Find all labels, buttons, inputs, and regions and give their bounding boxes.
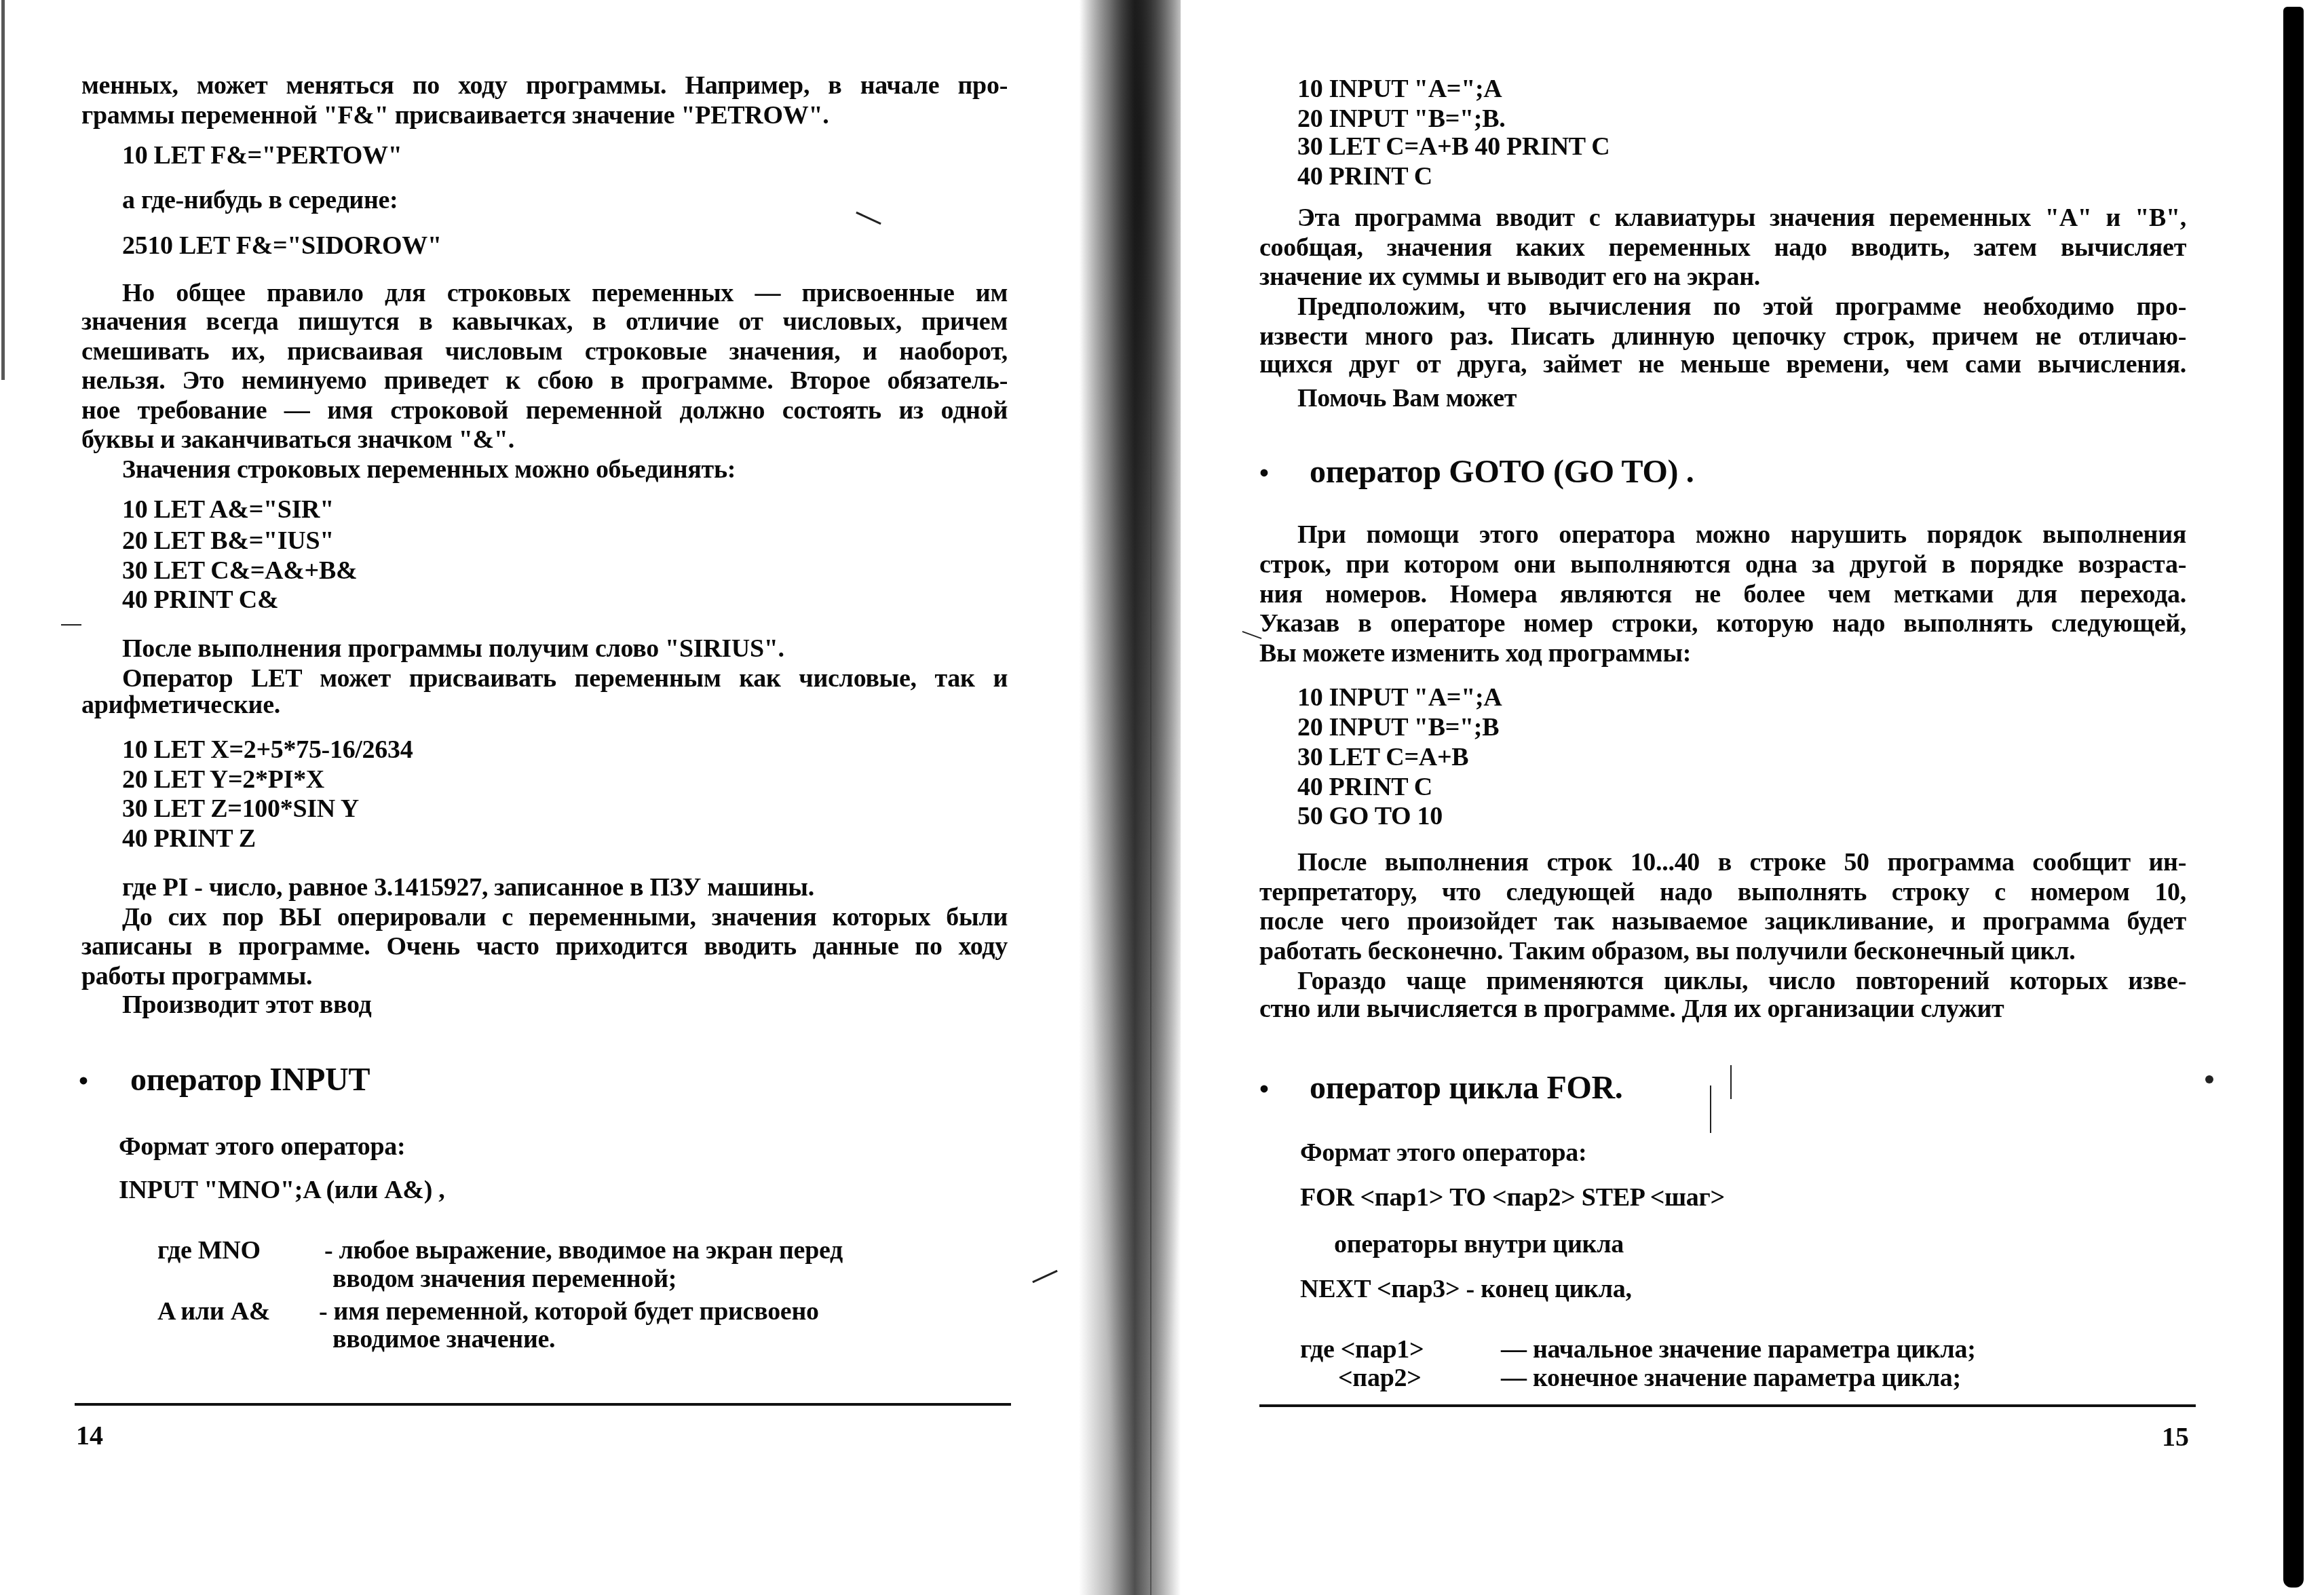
text-line: операторы внутри цикла (1334, 1229, 1624, 1259)
code-line: 20 INPUT "B=";B (1297, 712, 1499, 742)
syntax-line: NEXT <пар3> - конец цикла, (1300, 1274, 1632, 1304)
definition-term: <пар2> (1338, 1363, 1422, 1393)
paragraph-line: Гораздо чаще применяются циклы, число по… (1297, 966, 2186, 996)
text-line: Помочь Вам может (1297, 383, 1517, 413)
code-line: 40 PRINT C (1297, 772, 1432, 802)
definition-desc: — конечное значение параметра цикла; (1501, 1363, 1961, 1393)
paragraph-line: Предположим, что вычисления по этой прог… (1297, 292, 2186, 322)
paragraph-line: терпретатору, что следующей надо выполня… (1259, 877, 2186, 907)
code-line: 40 PRINT C (1297, 161, 1432, 191)
paragraph-line: работать бесконечно. Таким образом, вы п… (1259, 936, 2075, 966)
paragraph-line: ния номеров. Номера являются не более че… (1259, 579, 2186, 609)
paragraph-line: После выполнения строк 10...40 в строке … (1297, 847, 2186, 877)
code-line: 50 GO TO 10 (1297, 801, 1443, 831)
definition-term: где <пар1> (1300, 1334, 1424, 1364)
paragraph-line: Указав в операторе номер строки, которую… (1259, 609, 2186, 638)
right-page: 10 INPUT "A=";A 20 INPUT "B=";B. 30 LET … (0, 0, 2324, 1595)
section-heading-for: оператор цикла FOR. (1310, 1073, 1623, 1103)
syntax-line: FOR <пар1> TO <пар2> STEP <шаг> (1300, 1183, 1725, 1212)
paragraph-line: извести много раз. Писать длинную цепочк… (1259, 322, 2186, 351)
paragraph-line: сообщая, значения каких переменных надо … (1259, 233, 2186, 263)
paragraph-line: Эта программа вводит с клавиатуры значен… (1297, 203, 2186, 233)
paragraph-line: значение их суммы и выводит его на экран… (1259, 262, 1760, 292)
scan-speck (1710, 1085, 1711, 1133)
scan-speck (61, 624, 81, 626)
footer-rule (1259, 1404, 2196, 1407)
code-line: 10 INPUT "A=";A (1297, 74, 1502, 104)
paragraph-line: Вы можете изменить ход программы: (1259, 638, 1691, 668)
page-number: 15 (2162, 1421, 2189, 1453)
text-line: Формат этого оператора: (1300, 1138, 1586, 1168)
bullet-icon: • (1259, 457, 1269, 489)
code-line: 20 INPUT "B=";B. (1297, 104, 1505, 134)
scan-speck (2205, 1075, 2213, 1083)
code-line: 10 INPUT "A=";A (1297, 683, 1502, 712)
section-heading-goto: оператор GOTO (GO TO) . (1310, 457, 1694, 487)
code-line: 30 LET C=A+B (1297, 742, 1468, 772)
paragraph-line: стно или вычисляется в программе. Для их… (1259, 994, 2004, 1024)
code-line: 30 LET C=A+B 40 PRINT C (1297, 132, 1609, 161)
paragraph-line: щихся друг от друга, займет не меньше вр… (1259, 349, 2186, 379)
paragraph-line: строк, при котором они выполняются одна … (1259, 550, 2186, 579)
paragraph-line: после чего произойдет так называемое зац… (1259, 906, 2186, 936)
definition-desc: — начальное значение параметра цикла; (1501, 1334, 1976, 1364)
bullet-icon: • (1259, 1073, 1269, 1105)
scan-speck (1730, 1065, 1732, 1099)
paragraph-line: При помощи этого оператора можно нарушит… (1297, 520, 2186, 550)
